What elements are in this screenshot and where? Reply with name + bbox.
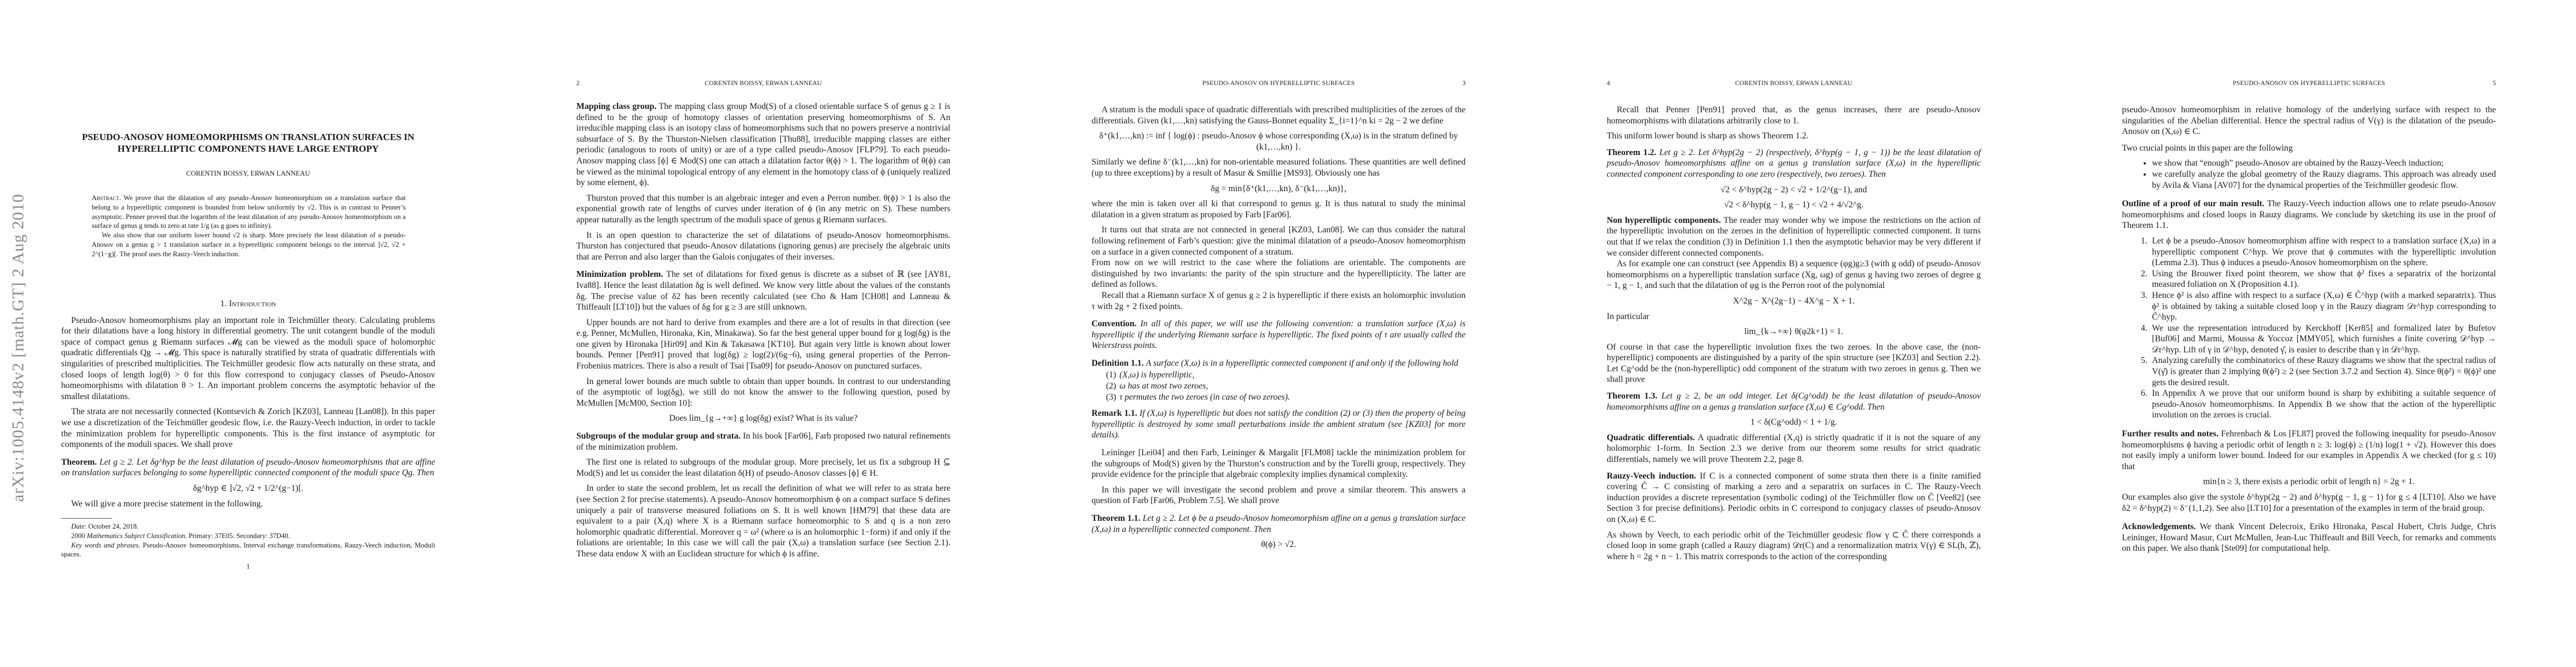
display-formula: θ(ϕ) > √2. (1092, 539, 1466, 550)
running-head: 4 CORENTIN BOISSY, ERWAN LANNEAU (1607, 79, 1981, 87)
remark-label: Remark 1.1. (1092, 409, 1137, 418)
list-item: (1)(X,ω) is hyperelliptic, (1106, 370, 1466, 381)
paragraph: Recall that a Riemann surface X of genus… (1092, 290, 1466, 312)
paragraph: Further results and notes. Fehrenbach & … (2122, 429, 2496, 472)
item-text: τ permutes the two zeroes (in case of tw… (1119, 392, 1290, 402)
page-number: 1 (61, 561, 435, 573)
running-head-title: PSEUDO-ANOSOV ON HYPERELLIPTIC SURFACES (2122, 79, 2496, 87)
remark: Remark 1.1. If (X,ω) is hyperelliptic bu… (1092, 408, 1466, 441)
running-head: 2 CORENTIN BOISSY, ERWAN LANNEAU (576, 79, 950, 87)
step-number: 3. (2141, 290, 2148, 301)
convention-text: In all of this paper, we will use the fo… (1092, 319, 1466, 350)
paragraph: where the min is taken over all ki that … (1092, 198, 1466, 220)
item-text: (X,ω) is hyperelliptic, (1119, 370, 1194, 380)
paragraph-heading: Outline of a proof of our main result. (2122, 199, 2264, 208)
paragraph: In order to state the second problem, le… (576, 483, 950, 559)
paragraph: Upper bounds are not hard to derive from… (576, 317, 950, 372)
date-value: : October 24, 2018. (84, 522, 138, 530)
paragraph: It is an open question to characterize t… (576, 230, 950, 263)
proof-outline-steps: 1.Let ϕ be a pseudo-Anosov homeomorphism… (2122, 236, 2496, 421)
running-head-title: CORENTIN BOISSY, ERWAN LANNEAU (576, 79, 950, 87)
paragraph: In particular (1607, 311, 1981, 322)
page-number: 4 (1607, 79, 1610, 87)
paragraph: From now on we will restrict to the case… (1092, 257, 1466, 290)
list-item: 5.Analyzing carefully the combinatorics … (2152, 355, 2496, 388)
page-1: arXiv:1005.4148v2 [math.GT] 2 Aug 2010 P… (0, 0, 515, 667)
paragraph: Subgroups of the modular group and strat… (576, 431, 950, 452)
display-formula: min{n ≥ 3, there exists a periodic orbit… (2122, 476, 2496, 487)
page-4-body: Recall that Penner [Pen91] proved that, … (1607, 104, 1981, 566)
definition: Definition 1.1. A surface (X,ω) is in a … (1092, 358, 1466, 369)
page-3-body: A stratum is the moduli space of quadrat… (1092, 104, 1466, 555)
abstract-text-2: We also show that our uniform lower boun… (92, 231, 406, 258)
paragraph: This uniform lower bound is sharp as sho… (1607, 131, 1981, 142)
page-number: 5 (2493, 79, 2496, 87)
theorem: Theorem. Let g ≥ 2. Let δg^hyp be the le… (61, 457, 435, 479)
convention: Convention. In all of this paper, we wil… (1092, 318, 1466, 351)
step-text: Analyzing carefully the combinatorics of… (2152, 356, 2496, 387)
paragraph: As for example one can construct (see Ap… (1607, 258, 1981, 291)
paragraph: Rauzy-Veech induction. If C is a connect… (1607, 471, 1981, 525)
page-5: PSEUDO-ANOSOV ON HYPERELLIPTIC SURFACES … (2061, 0, 2576, 667)
theorem: Theorem 1.1. Let g ≥ 2. Let ϕ be a pseud… (1092, 513, 1466, 535)
list-item: we carefully analyze the global geometry… (2152, 169, 2496, 191)
paper-title: PSEUDO-ANOSOV HOMEOMORPHISMS ON TRANSLAT… (61, 131, 435, 155)
running-head: PSEUDO-ANOSOV ON HYPERELLIPTIC SURFACES … (2122, 79, 2496, 87)
paragraph: Two crucial points in this paper are the… (2122, 143, 2496, 154)
page-number: 2 (576, 79, 580, 87)
running-head-title: PSEUDO-ANOSOV ON HYPERELLIPTIC SURFACES (1092, 79, 1466, 87)
display-limit: lim_{k→+∞} θ(φ2k+1) = 1. (1607, 326, 1981, 337)
page-3: PSEUDO-ANOSOV ON HYPERELLIPTIC SURFACES … (1030, 0, 1546, 667)
display-question: Does lim_{g→+∞} g log(δg) exist? What is… (576, 413, 950, 424)
paragraph: As shown by Veech, to each periodic orbi… (1607, 530, 1981, 563)
display-formula: √2 < δ^hyp(g − 1, g − 1) < √2 + 4/√2^g. (1607, 200, 1981, 211)
page-1-body: 1. Introduction Pseudo-Anosov homeomorph… (61, 298, 435, 573)
definition-label: Definition 1.1. (1092, 359, 1144, 368)
definition-conditions: (1)(X,ω) is hyperelliptic, (2)ω has at m… (1092, 370, 1466, 402)
paragraph: Of course in that case the hyperelliptic… (1607, 342, 1981, 385)
step-number: 6. (2141, 388, 2148, 399)
list-item: 3.Hence ϕ² is also affine with respect t… (2152, 290, 2496, 323)
paragraph: Recall that Penner [Pen91] proved that, … (1607, 104, 1981, 126)
paragraph-heading: Mapping class group. (576, 102, 656, 111)
step-text: We use the representation introduced by … (2152, 323, 2496, 355)
theorem: Theorem 1.2. Let g ≥ 2. Let δ^hyp(2g − 2… (1607, 147, 1981, 180)
remark-text: If (X,ω) is hyperelliptic but does not s… (1092, 409, 1466, 440)
arxiv-watermark: arXiv:1005.4148v2 [math.GT] 2 Aug 2010 (9, 193, 28, 502)
step-number: 4. (2141, 323, 2148, 334)
footnote-rule (61, 518, 112, 519)
paragraph-heading: Minimization problem. (576, 270, 663, 279)
abstract: Abstract. We prove that the dilatation o… (92, 193, 406, 259)
step-number: 5. (2141, 355, 2148, 366)
display-formula: δ⁺(k1,…,kn) := inf { log(ϕ) : pseudo-Ano… (1092, 131, 1466, 152)
msc-value: Primary: 37E05. Secondary: 37D40. (187, 532, 290, 540)
page-2: 2 CORENTIN BOISSY, ERWAN LANNEAU Mapping… (515, 0, 1030, 667)
paragraph: We will give a more precise statement in… (61, 499, 435, 510)
definition-text: A surface (X,ω) is in a hyperelliptic co… (1146, 359, 1458, 368)
crucial-points-list: we show that “enough” pseudo-Anosov are … (2122, 158, 2496, 191)
list-item: 6.In Appendix A we prove that our unifor… (2152, 388, 2496, 421)
step-text: Hence ϕ² is also affine with respect to … (2152, 291, 2496, 322)
paragraph: Similarly we define δ⁻(k1,…,kn) for non-… (1092, 157, 1466, 178)
list-item: 4.We use the representation introduced b… (2152, 323, 2496, 356)
paragraph: Our examples also give the systole δ^hyp… (2122, 492, 2496, 514)
step-text: In Appendix A we prove that our uniform … (2152, 389, 2496, 420)
paragraph: A stratum is the moduli space of quadrat… (1092, 104, 1466, 126)
theorem-text: Let g ≥ 2. Let δg^hyp be the least dilat… (61, 457, 435, 478)
paragraph: In general lower bounds are much subtle … (576, 376, 950, 409)
page-4: 4 CORENTIN BOISSY, ERWAN LANNEAU Recall … (1546, 0, 2061, 667)
abstract-text: We prove that the dilatation of any pseu… (92, 194, 406, 230)
step-number: 2. (2141, 268, 2148, 280)
acknowledgements-label: Acknowledgements. (2122, 522, 2196, 531)
paragraph: Leininger [Lei04] and then Farb, Leining… (1092, 447, 1466, 480)
page-2-body: Mapping class group. The mapping class g… (576, 101, 950, 564)
item-label: (2) (1106, 381, 1116, 391)
step-text: Using the Brouwer fixed point theorem, w… (2152, 269, 2496, 290)
paragraph: Outline of a proof of our main result. T… (2122, 198, 2496, 231)
paragraph: Mapping class group. The mapping class g… (576, 101, 950, 188)
convention-label: Convention. (1092, 319, 1137, 328)
paragraph-heading: Quadratic differentials. (1607, 433, 1695, 442)
display-formula: √2 < δ^hyp(2g − 2) < √2 + 1/2^(g−1), and (1607, 185, 1981, 196)
acknowledgements: Acknowledgements. We thank Vincent Delec… (2122, 521, 2496, 554)
list-item: 1.Let ϕ be a pseudo-Anosov homeomorphism… (2152, 236, 2496, 268)
theorem-label: Theorem. (61, 457, 97, 467)
theorem-label: Theorem 1.1. (1092, 514, 1140, 523)
paragraph: pseudo-Anosov homeomorphism in relative … (2122, 104, 2496, 137)
theorem-text: Let g ≥ 2. Let δ^hyp(2g − 2) (respective… (1607, 148, 1981, 179)
display-formula: δg^hyp ∈ ]√2, √2 + 1/2^(g−1)[. (61, 483, 435, 494)
paragraph-heading: Subgroups of the modular group and strat… (576, 431, 741, 441)
paragraph-heading: Further results and notes. (2122, 429, 2219, 439)
paragraph: The first one is related to subgroups of… (576, 457, 950, 479)
theorem-text: Let g ≥ 2. Let ϕ be a pseudo-Anosov home… (1092, 514, 1466, 534)
step-text: Let ϕ be a pseudo-Anosov homeomorphism a… (2152, 236, 2496, 267)
item-label: (1) (1106, 370, 1116, 380)
running-head: PSEUDO-ANOSOV ON HYPERELLIPTIC SURFACES … (1092, 79, 1466, 87)
step-number: 1. (2141, 236, 2148, 247)
date-label: Date (71, 522, 84, 530)
paragraph-heading: Non hyperelliptic components. (1607, 216, 1721, 225)
msc-year: 2000 (71, 532, 87, 540)
list-item: (2)ω has at most two zeroes, (1106, 381, 1466, 392)
abstract-label: Abstract. (92, 194, 121, 202)
paragraph: Non hyperelliptic components. The reader… (1607, 215, 1981, 258)
theorem-text: Let g ≥ 2, be an odd integer. Let δ(Cg^o… (1607, 391, 1981, 412)
msc-label: Mathematics Subject Classification. (87, 532, 187, 540)
paragraph: Pseudo-Anosov homeomorphisms play an imp… (61, 315, 435, 402)
paragraph: The strata are not necessarily connected… (61, 406, 435, 450)
paragraph: Minimization problem. The set of dilatat… (576, 269, 950, 312)
page-5-body: pseudo-Anosov homeomorphism in relative … (2122, 104, 2496, 559)
display-formula: δg = min{δ⁺(k1,…,kn), δ⁻(k1,…,kn)}, (1092, 183, 1466, 195)
list-item: (3)τ permutes the two zeroes (in case of… (1106, 392, 1466, 403)
paper-authors: CORENTIN BOISSY, ERWAN LANNEAU (61, 170, 435, 178)
paragraph: In this paper we will investigate the se… (1092, 485, 1466, 506)
display-polynomial: X^2g − X^(2g−1) − 4X^g − X + 1. (1607, 296, 1981, 307)
theorem: Theorem 1.3. Let g ≥ 2, be an odd intege… (1607, 391, 1981, 412)
theorem-label: Theorem 1.3. (1607, 391, 1657, 401)
section-heading-introduction: 1. Introduction (61, 298, 435, 310)
theorem-label: Theorem 1.2. (1607, 148, 1656, 157)
paragraph-text: The mapping class group Mod(S) of a clos… (576, 102, 950, 187)
list-item: we show that “enough” pseudo-Anosov are … (2152, 158, 2496, 169)
item-label: (3) (1106, 392, 1116, 402)
paragraph: Thurston proved that this number is an a… (576, 193, 950, 226)
paragraph: Quadratic differentials. A quadratic dif… (1607, 432, 1981, 465)
display-formula: 1 < δ(Cg^odd) < 1 + 1/g. (1607, 417, 1981, 428)
item-text: ω has at most two zeroes, (1119, 381, 1208, 391)
list-item: 2.Using the Brouwer fixed point theorem,… (2152, 268, 2496, 290)
paragraph-heading: Rauzy-Veech induction. (1607, 471, 1696, 481)
footnotes: Date: October 24, 2018. 2000 Mathematics… (61, 522, 435, 559)
paragraph: It turns out that strata are not connect… (1092, 225, 1466, 257)
running-head-title: CORENTIN BOISSY, ERWAN LANNEAU (1607, 79, 1981, 87)
page-number: 3 (1462, 79, 1466, 87)
keywords-label: Key words and phrases. (71, 541, 140, 549)
